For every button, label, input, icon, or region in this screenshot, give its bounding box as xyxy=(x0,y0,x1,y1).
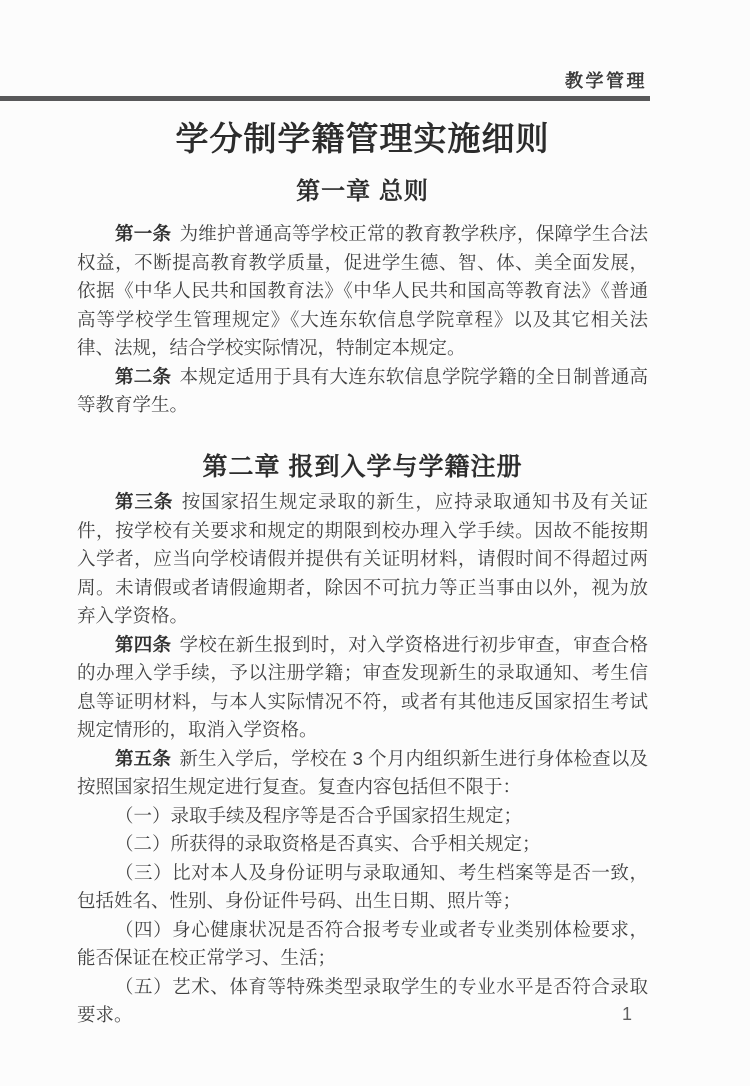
article-1-number: 第一条 xyxy=(115,223,171,244)
chapter-1-body: 第一条为维护普通高等学校正常的教育教学秩序，保障学生合法权益，不断提高教育教学质… xyxy=(77,220,648,420)
article-3-paragraph: 第三条按国家招生规定录取的新生，应持录取通知书及有关证件，按学校有关要求和规定的… xyxy=(77,488,648,631)
recheck-item-5: （五）艺术、体育等特殊类型录取学生的专业水平是否符合录取要求。 xyxy=(77,973,648,1030)
article-1-paragraph: 第一条为维护普通高等学校正常的教育教学秩序，保障学生合法权益，不断提高教育教学质… xyxy=(77,220,648,363)
chapter-2-heading: 第二章 报到入学与学籍注册 xyxy=(77,451,648,484)
running-head: 教学管理 xyxy=(565,67,647,93)
article-4-paragraph: 第四条学校在新生报到时，对入学资格进行初步审查，审查合格的办理入学手续，予以注册… xyxy=(77,631,648,745)
article-5-paragraph: 第五条新生入学后，学校在 3 个月内组织新生进行身体检查以及按照国家招生规定进行… xyxy=(77,745,648,802)
chapter-2-body: 第三条按国家招生规定录取的新生，应持录取通知书及有关证件，按学校有关要求和规定的… xyxy=(77,488,648,1030)
document-page: 教学管理 学分制学籍管理实施细则 第一章 总则 第一条为维护普通高等学校正常的教… xyxy=(0,0,750,1086)
article-2-number: 第二条 xyxy=(115,366,171,387)
recheck-item-2: （二）所获得的录取资格是否真实、合乎相关规定； xyxy=(77,830,648,859)
header-rule xyxy=(0,96,650,101)
recheck-item-3: （三）比对本人及身份证明与录取通知、考生档案等是否一致，包括姓名、性别、身份证件… xyxy=(77,859,648,916)
article-5-number: 第五条 xyxy=(115,748,171,769)
page-number: 1 xyxy=(622,1004,632,1025)
recheck-item-4: （四）身心健康状况是否符合报考专业或者专业类别体检要求，能否保证在校正常学习、生… xyxy=(77,916,648,973)
article-4-number: 第四条 xyxy=(115,634,171,655)
article-2-paragraph: 第二条本规定适用于具有大连东软信息学院学籍的全日制普通高等教育学生。 xyxy=(77,363,648,420)
chapter-1-heading: 第一章 总则 xyxy=(77,176,648,208)
document-title: 学分制学籍管理实施细则 xyxy=(77,118,648,160)
recheck-item-1: （一）录取手续及程序等是否合乎国家招生规定； xyxy=(77,802,648,831)
article-3-number: 第三条 xyxy=(115,491,173,512)
